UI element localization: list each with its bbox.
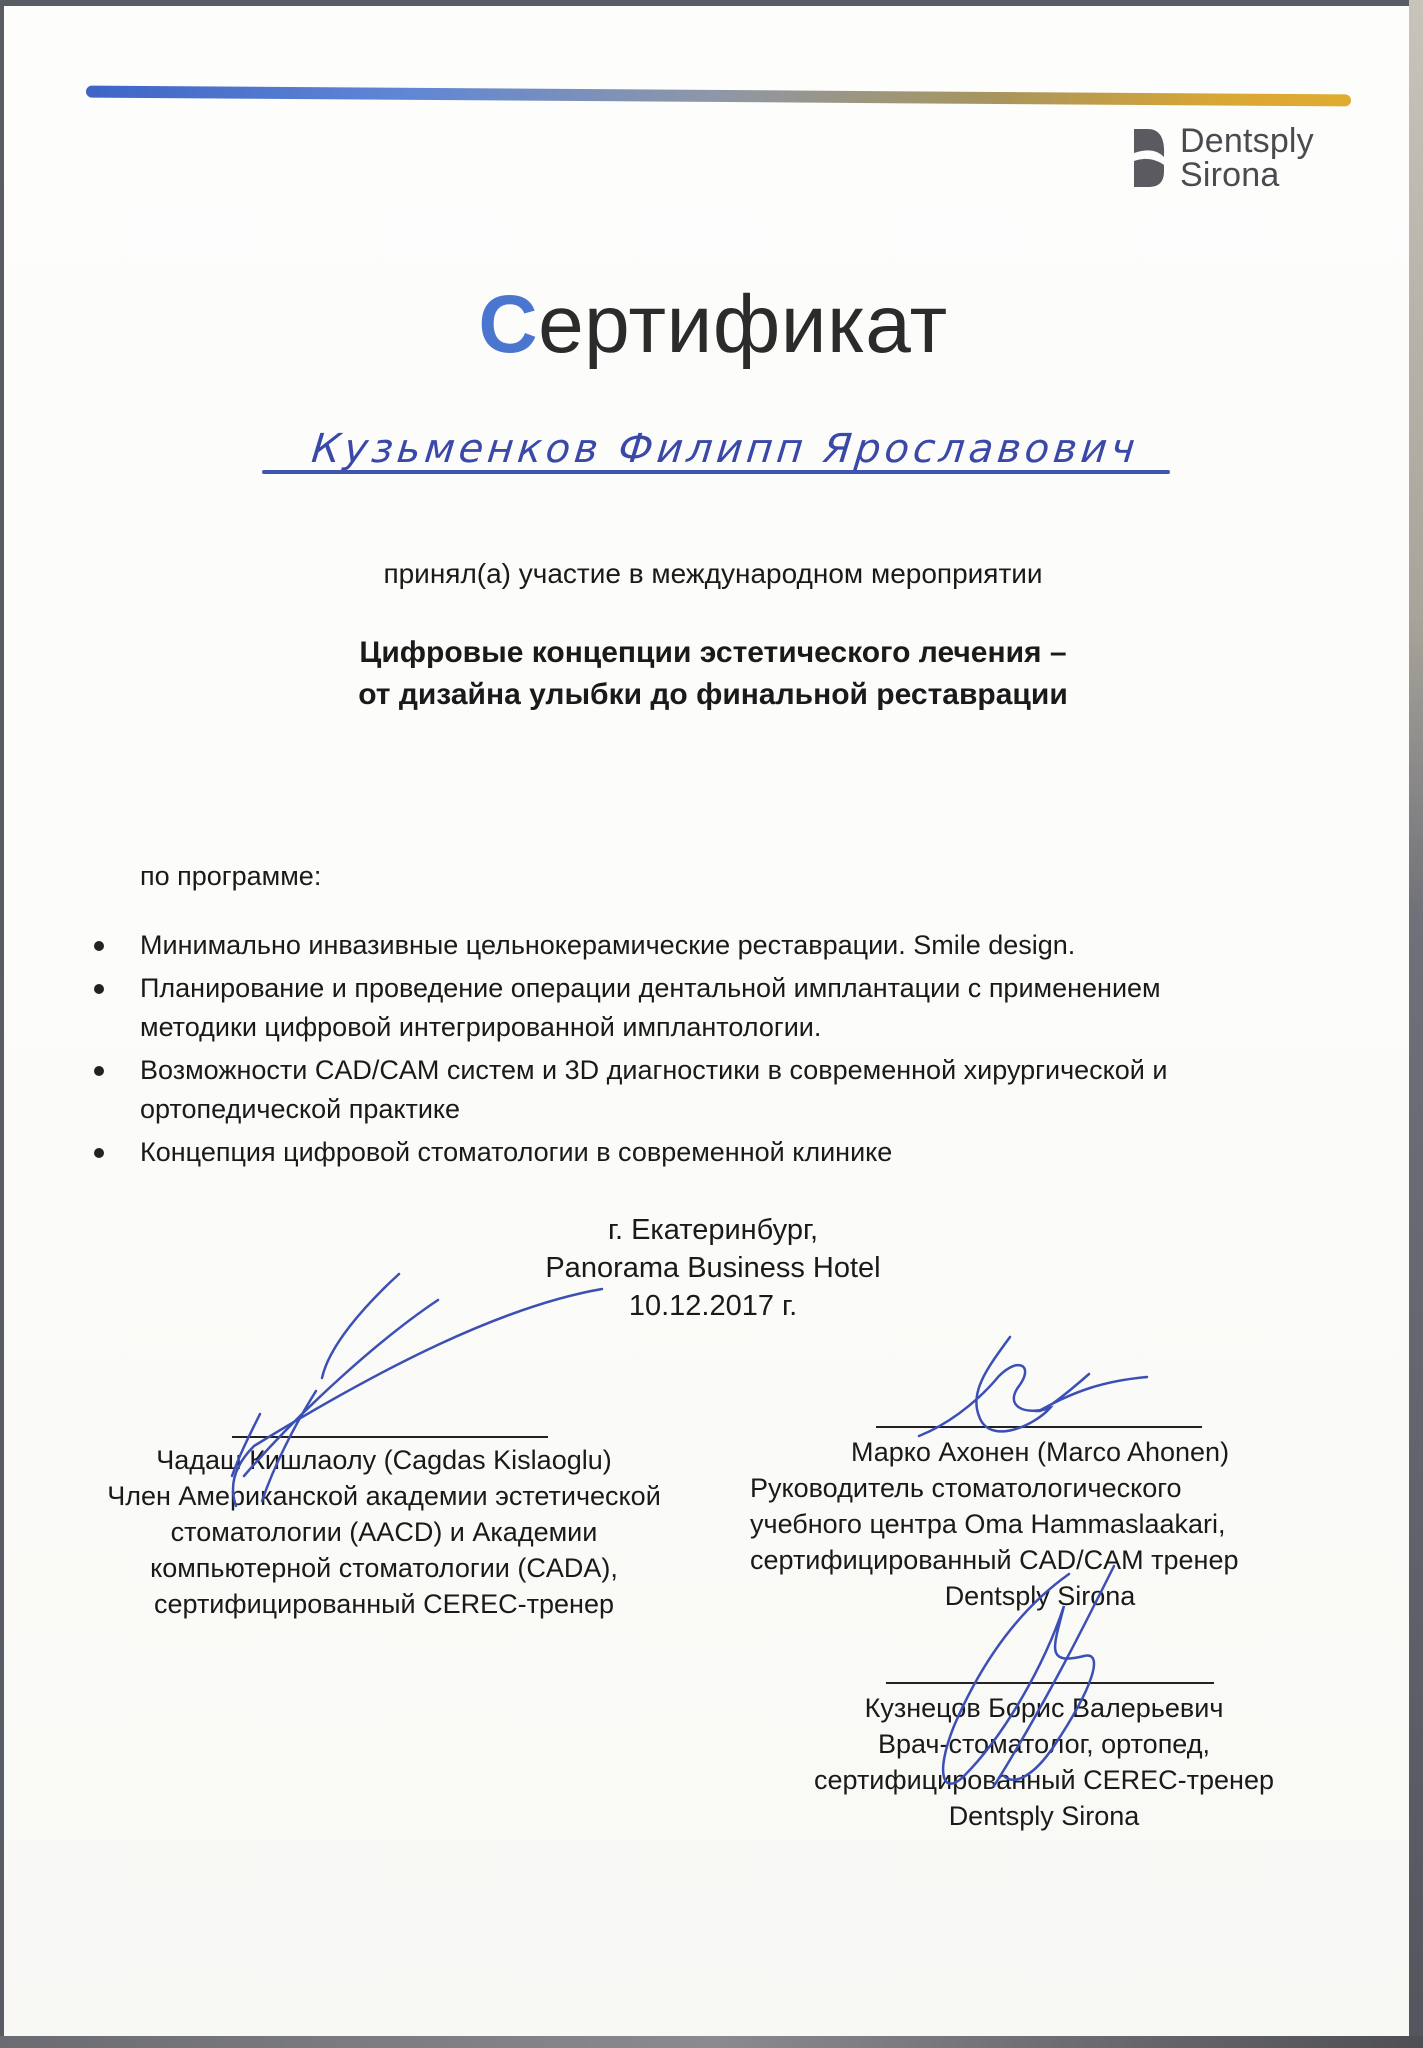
location-city: г. Екатеринбург, — [4, 1211, 1422, 1249]
recipient-name-underline — [262, 470, 1170, 474]
bullet-icon — [94, 941, 104, 951]
bullet-icon — [94, 1066, 104, 1076]
signatory-1-name: Чадаш Кишлаолу (Cagdas Kislaoglu) — [44, 1442, 724, 1478]
paper-edge-bottom — [0, 2036, 1423, 2048]
event-title: Цифровые концепции эстетического лечения… — [4, 632, 1422, 716]
program-list: Минимально инвазивные цельнокерамические… — [90, 926, 1350, 1176]
certificate-title: Сертификат — [4, 278, 1422, 372]
location-venue: Panorama Business Hotel — [4, 1249, 1422, 1287]
event-date: 10.12.2017 г. — [4, 1287, 1422, 1325]
paper-edge-right — [1409, 0, 1423, 2048]
program-item: Возможности CAD/CAM систем и 3D диагност… — [90, 1051, 1350, 1129]
bullet-icon — [94, 984, 104, 994]
program-item: Концепция цифровой стоматологии в соврем… — [90, 1133, 1350, 1172]
signature-line-2 — [876, 1426, 1202, 1428]
event-location-date: г. Екатеринбург, Panorama Business Hotel… — [4, 1211, 1422, 1325]
event-title-line-2: от дизайна улыбки до финальной реставрац… — [4, 674, 1422, 716]
dentsply-sirona-s-icon — [1132, 127, 1166, 189]
signature-line-3 — [886, 1682, 1214, 1684]
dentsply-sirona-logo: Dentsply Sirona — [1132, 124, 1314, 192]
signatory-1: Чадаш Кишлаолу (Cagdas Kislaoglu) Член А… — [44, 1442, 724, 1622]
logo-line-1: Dentsply — [1180, 124, 1314, 158]
program-label: по программе: — [140, 861, 321, 892]
program-item: Минимально инвазивные цельнокерамические… — [90, 926, 1350, 965]
signature-2-stroke — [919, 1337, 1050, 1436]
signatory-3: Кузнецов Борис Валерьевич Врач-стоматоло… — [744, 1690, 1344, 1834]
signatory-3-name: Кузнецов Борис Валерьевич — [744, 1690, 1344, 1726]
recipient-name: Кузьменков Филипп Ярославович — [257, 426, 1192, 476]
bullet-icon — [94, 1148, 104, 1158]
signatory-2-name: Марко Ахонен (Marco Ahonen) — [730, 1434, 1350, 1470]
title-first-letter: С — [478, 279, 538, 370]
participation-text: принял(а) участие в международном меропр… — [4, 558, 1422, 590]
title-rest: ертификат — [538, 279, 948, 370]
logo-line-2: Sirona — [1180, 158, 1314, 192]
program-item: Планирование и проведение операции дента… — [90, 969, 1350, 1047]
signatory-2: Марко Ахонен (Marco Ahonen) Руководитель… — [730, 1434, 1350, 1614]
event-title-line-1: Цифровые концепции эстетического лечения… — [4, 632, 1422, 674]
signature-line-1 — [232, 1436, 548, 1438]
certificate-page: Dentsply Sirona Сертификат Кузьменков Фи… — [4, 6, 1422, 2041]
brand-gradient-stripe — [86, 86, 1351, 107]
